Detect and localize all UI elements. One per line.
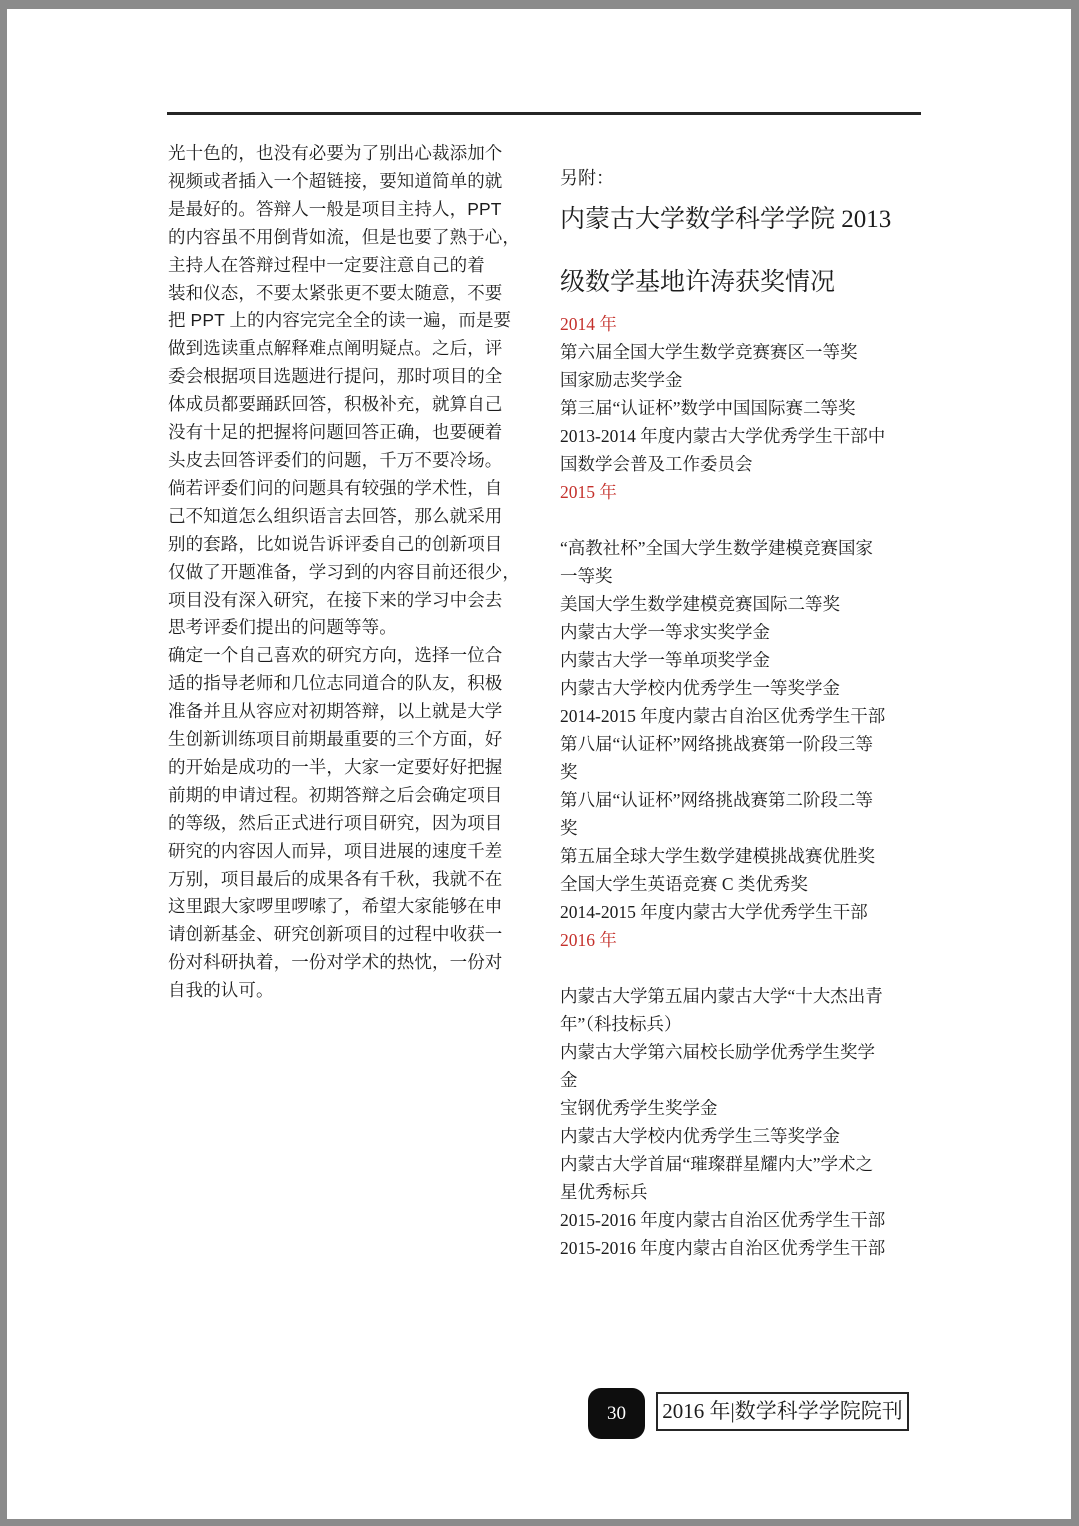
award-year-2016: 2016 年 bbox=[560, 926, 928, 954]
award-list-2015: “高教社杯”全国大学生数学建模竞赛国家 一等奖 美国大学生数学建模竞赛国际二等奖… bbox=[560, 506, 928, 926]
article-heading: 内蒙古大学数学科学学院 2013 级数学基地许涛获奖情况 bbox=[560, 188, 932, 314]
award-section-2016: 2016 年 内蒙古大学第五届内蒙古大学“十大杰出青 年”（科技标兵） 内蒙古大… bbox=[560, 926, 928, 1262]
award-list-2014: 第六届全国大学生数学竞赛赛区一等奖 国家励志奖学金 第三届“认证杯”数学中国国际… bbox=[560, 338, 928, 478]
award-section-2014: 2014 年 第六届全国大学生数学竞赛赛区一等奖 国家励志奖学金 第三届“认证杯… bbox=[560, 310, 928, 478]
award-year-2015: 2015 年 bbox=[560, 478, 928, 506]
journal-title-box: 2016 年|数学科学学院院刊 bbox=[656, 1392, 909, 1431]
left-column-body-text: 光十色的，也没有必要为了别出心裁添加个 视频或者插入一个超链接，要知道简单的就 … bbox=[168, 140, 532, 1005]
page-number-badge: 30 bbox=[588, 1388, 645, 1439]
top-divider-rule bbox=[167, 112, 921, 115]
award-year-2014: 2014 年 bbox=[560, 310, 928, 338]
award-list-2016: 内蒙古大学第五届内蒙古大学“十大杰出青 年”（科技标兵） 内蒙古大学第六届校长励… bbox=[560, 954, 928, 1262]
document-page: 光十色的，也没有必要为了别出心裁添加个 视频或者插入一个超链接，要知道简单的就 … bbox=[7, 9, 1071, 1519]
award-section-2015: 2015 年 “高教社杯”全国大学生数学建模竞赛国家 一等奖 美国大学生数学建模… bbox=[560, 478, 928, 926]
award-sections: 2014 年 第六届全国大学生数学竞赛赛区一等奖 国家励志奖学金 第三届“认证杯… bbox=[560, 310, 928, 1262]
appendix-note: 另附： bbox=[560, 166, 614, 190]
